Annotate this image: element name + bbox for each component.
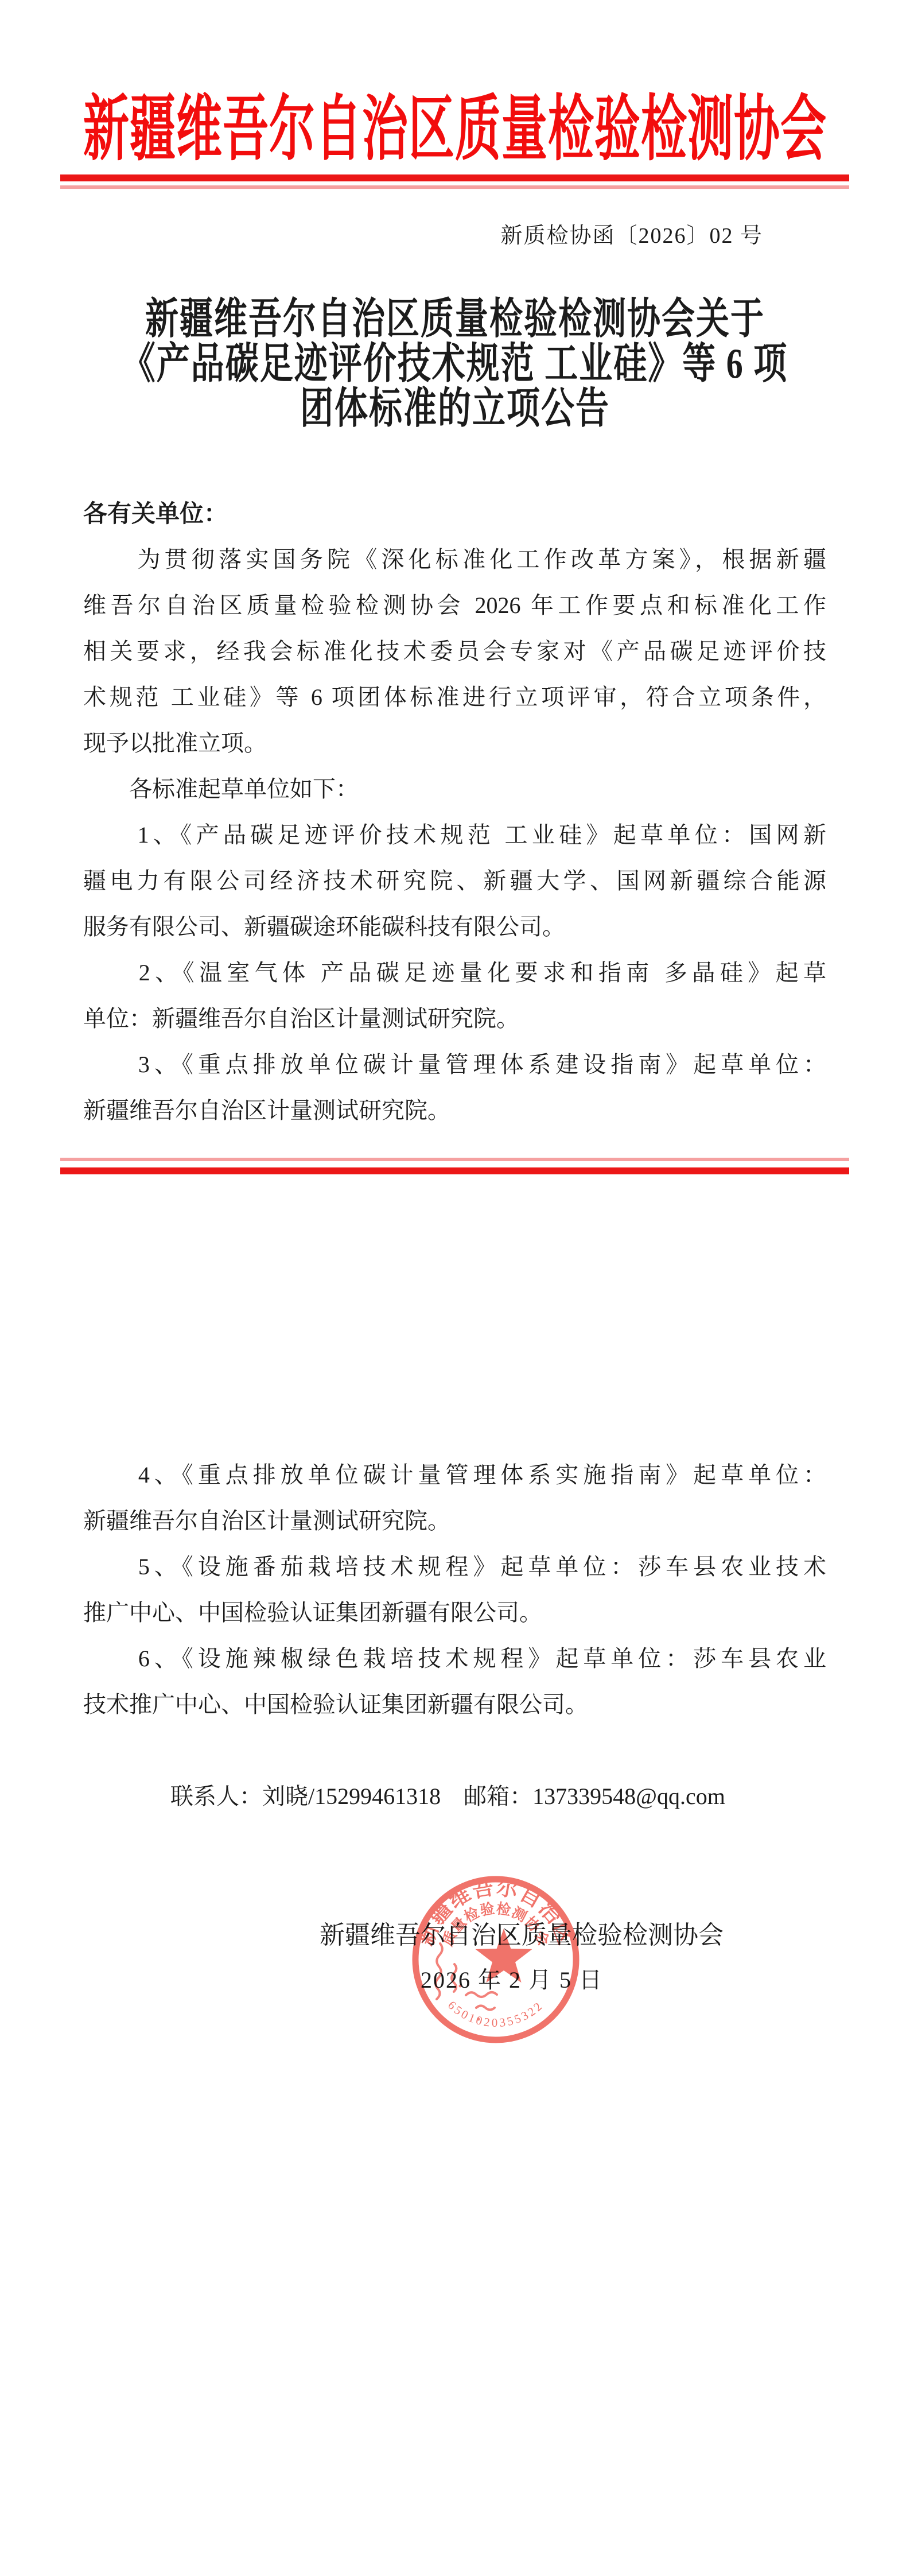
doc-line: 维吾尔自治区质量检验检测协会 2026 年工作要点和标准化工作 — [83, 583, 826, 629]
official-seal: 新疆维吾尔自治区 质量检验检测协会 6501020355322 — [404, 1868, 588, 2051]
doc-line: 技术推广中心、中国检验认证集团新疆有限公司。 — [83, 1682, 826, 1728]
doc-line: 各标准起草单位如下： — [83, 766, 826, 812]
letterhead-org-title: 新疆维吾尔自治区质量检验检测协会 — [0, 88, 910, 173]
doc-line: 新疆维吾尔自治区计量测试研究院。 — [83, 1498, 826, 1544]
document-title: 新疆维吾尔自治区质量检验检测协会关于 《产品碳足迹评价技术规范 工业硅》等 6 … — [0, 297, 910, 431]
body-text-page1: 为贯彻落实国务院《深化标准化工作改革方案》，根据新疆维吾尔自治区质量检验检测协会… — [83, 537, 826, 1134]
doc-line: 术规范 工业硅》等 6 项团体标准进行立项评审，符合立项条件， — [83, 674, 826, 720]
doc-line: 为贯彻落实国务院《深化标准化工作改革方案》，根据新疆 — [83, 537, 826, 583]
body-text-page2: 4、《重点排放单位碳计量管理体系实施指南》起草单位：新疆维吾尔自治区计量测试研究… — [83, 1452, 826, 1728]
footer-rule-thin — [60, 1158, 849, 1161]
letterhead-rule-thin — [60, 185, 849, 189]
document-page: 新疆维吾尔自治区质量检验检测协会 新质检协函〔2026〕02 号 新疆维吾尔自治… — [0, 0, 910, 2576]
seal-ring — [415, 1879, 576, 2040]
signature-date: 2026 年 2 月 5 日 — [421, 1964, 603, 1996]
doc-line: 5、《设施番茄栽培技术规程》起草单位：莎车县农业技术 — [83, 1544, 826, 1590]
doc-line: 3、《重点排放单位碳计量管理体系建设指南》起草单位： — [83, 1042, 826, 1088]
signature-org: 新疆维吾尔自治区质量检验检测协会 — [320, 1917, 724, 1954]
doc-line: 2、《温室气体 产品碳足迹量化要求和指南 多晶硅》起草 — [83, 950, 826, 996]
doc-line: 新疆维吾尔自治区计量测试研究院。 — [83, 1088, 826, 1134]
seal-number: 6501020355322 — [445, 1998, 546, 2030]
document-title-line-3: 团体标准的立项公告 — [0, 380, 910, 437]
letterhead-rule-thick — [60, 174, 849, 181]
doc-line: 1、《产品碳足迹评价技术规范 工业硅》起草单位：国网新 — [83, 812, 826, 858]
document-number: 新质检协函〔2026〕02 号 — [500, 218, 763, 254]
doc-line: 4、《重点排放单位碳计量管理体系实施指南》起草单位： — [83, 1452, 826, 1498]
footer-rule-thick — [60, 1167, 849, 1174]
doc-line: 相关要求，经我会标准化技术委员会专家对《产品碳足迹评价技 — [83, 629, 826, 674]
doc-line: 推广中心、中国检验认证集团新疆有限公司。 — [83, 1590, 826, 1636]
doc-line: 现予以批准立项。 — [83, 720, 826, 766]
doc-line: 服务有限公司、新疆碳途环能碳科技有限公司。 — [83, 904, 826, 950]
doc-line: 6、《设施辣椒绿色栽培技术规程》起草单位：莎车县农业 — [83, 1636, 826, 1682]
contact-line: 联系人：刘晓/15299461318 邮箱：137339548@qq.com — [83, 1774, 826, 1820]
doc-line: 疆电力有限公司经济技术研究院、新疆大学、国网新疆综合能源 — [83, 858, 826, 904]
doc-line: 单位：新疆维吾尔自治区计量测试研究院。 — [83, 996, 826, 1042]
salutation: 各有关单位： — [83, 491, 228, 537]
